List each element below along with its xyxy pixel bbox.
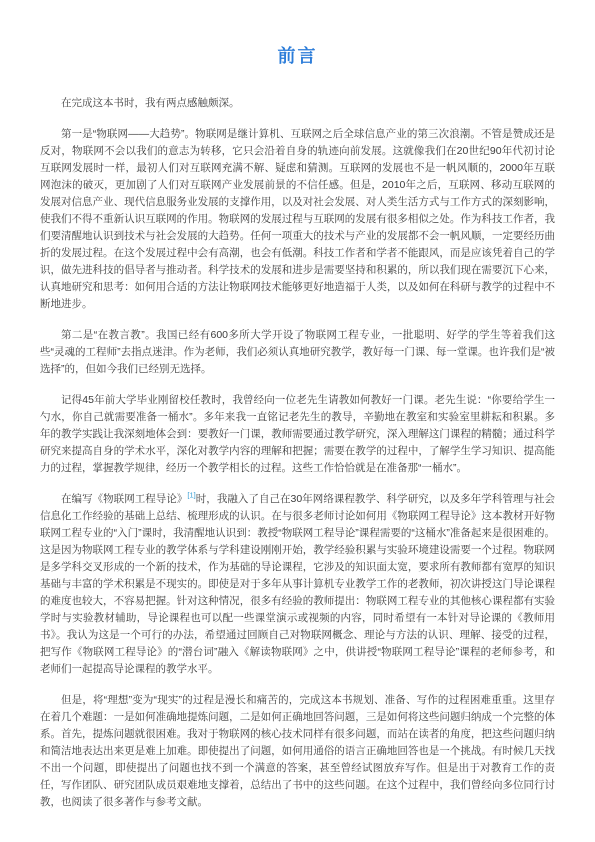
paragraph-bucket-of-water-story: 记得45年前大学毕业刚留校任教时，我曾经向一位老先生请教如何教好一门课。老先生说… xyxy=(40,392,555,477)
paragraph-text-before-citation: 在编写《物联网工程导论》 xyxy=(61,493,187,505)
paragraph-text-after-citation: 时，我融入了自己在30年网络课程教学、科学研究，以及多年学科管理与社会信息化工作… xyxy=(40,493,555,675)
document-page: 前言 在完成这本书时，我有两点感触颇深。 第一是“物联网——大趋势”。物联网是继… xyxy=(0,0,595,842)
paragraph-writing-motivation: 在编写《物联网工程导论》[1]时，我融入了自己在30年网络课程教学、科学研究，以… xyxy=(40,491,555,678)
paragraph-second-point-teaching: 第二是“在教言教”。我国已经有600多所大学开设了物联网工程专业，一批聪明、好学… xyxy=(40,327,555,378)
paragraph-intro: 在完成这本书时，我有两点感触颇深。 xyxy=(40,95,555,112)
paragraph-writing-difficulties: 但是，将“理想”变为“现实”的过程是漫长和痛苦的，完成这本书规划、准备、写作的过… xyxy=(40,692,555,811)
paragraph-first-point-iot-trend: 第一是“物联网——大趋势”。物联网是继计算机、互联网之后全球信息产业的第三次浪潮… xyxy=(40,126,555,313)
paragraph-text: 记得45年前大学毕业刚留校任教时，我曾经向一位老先生请教如何教好一门课。老先生说… xyxy=(40,394,555,474)
citation-ref-1[interactable]: [1] xyxy=(187,491,195,500)
page-title: 前言 xyxy=(40,42,555,68)
